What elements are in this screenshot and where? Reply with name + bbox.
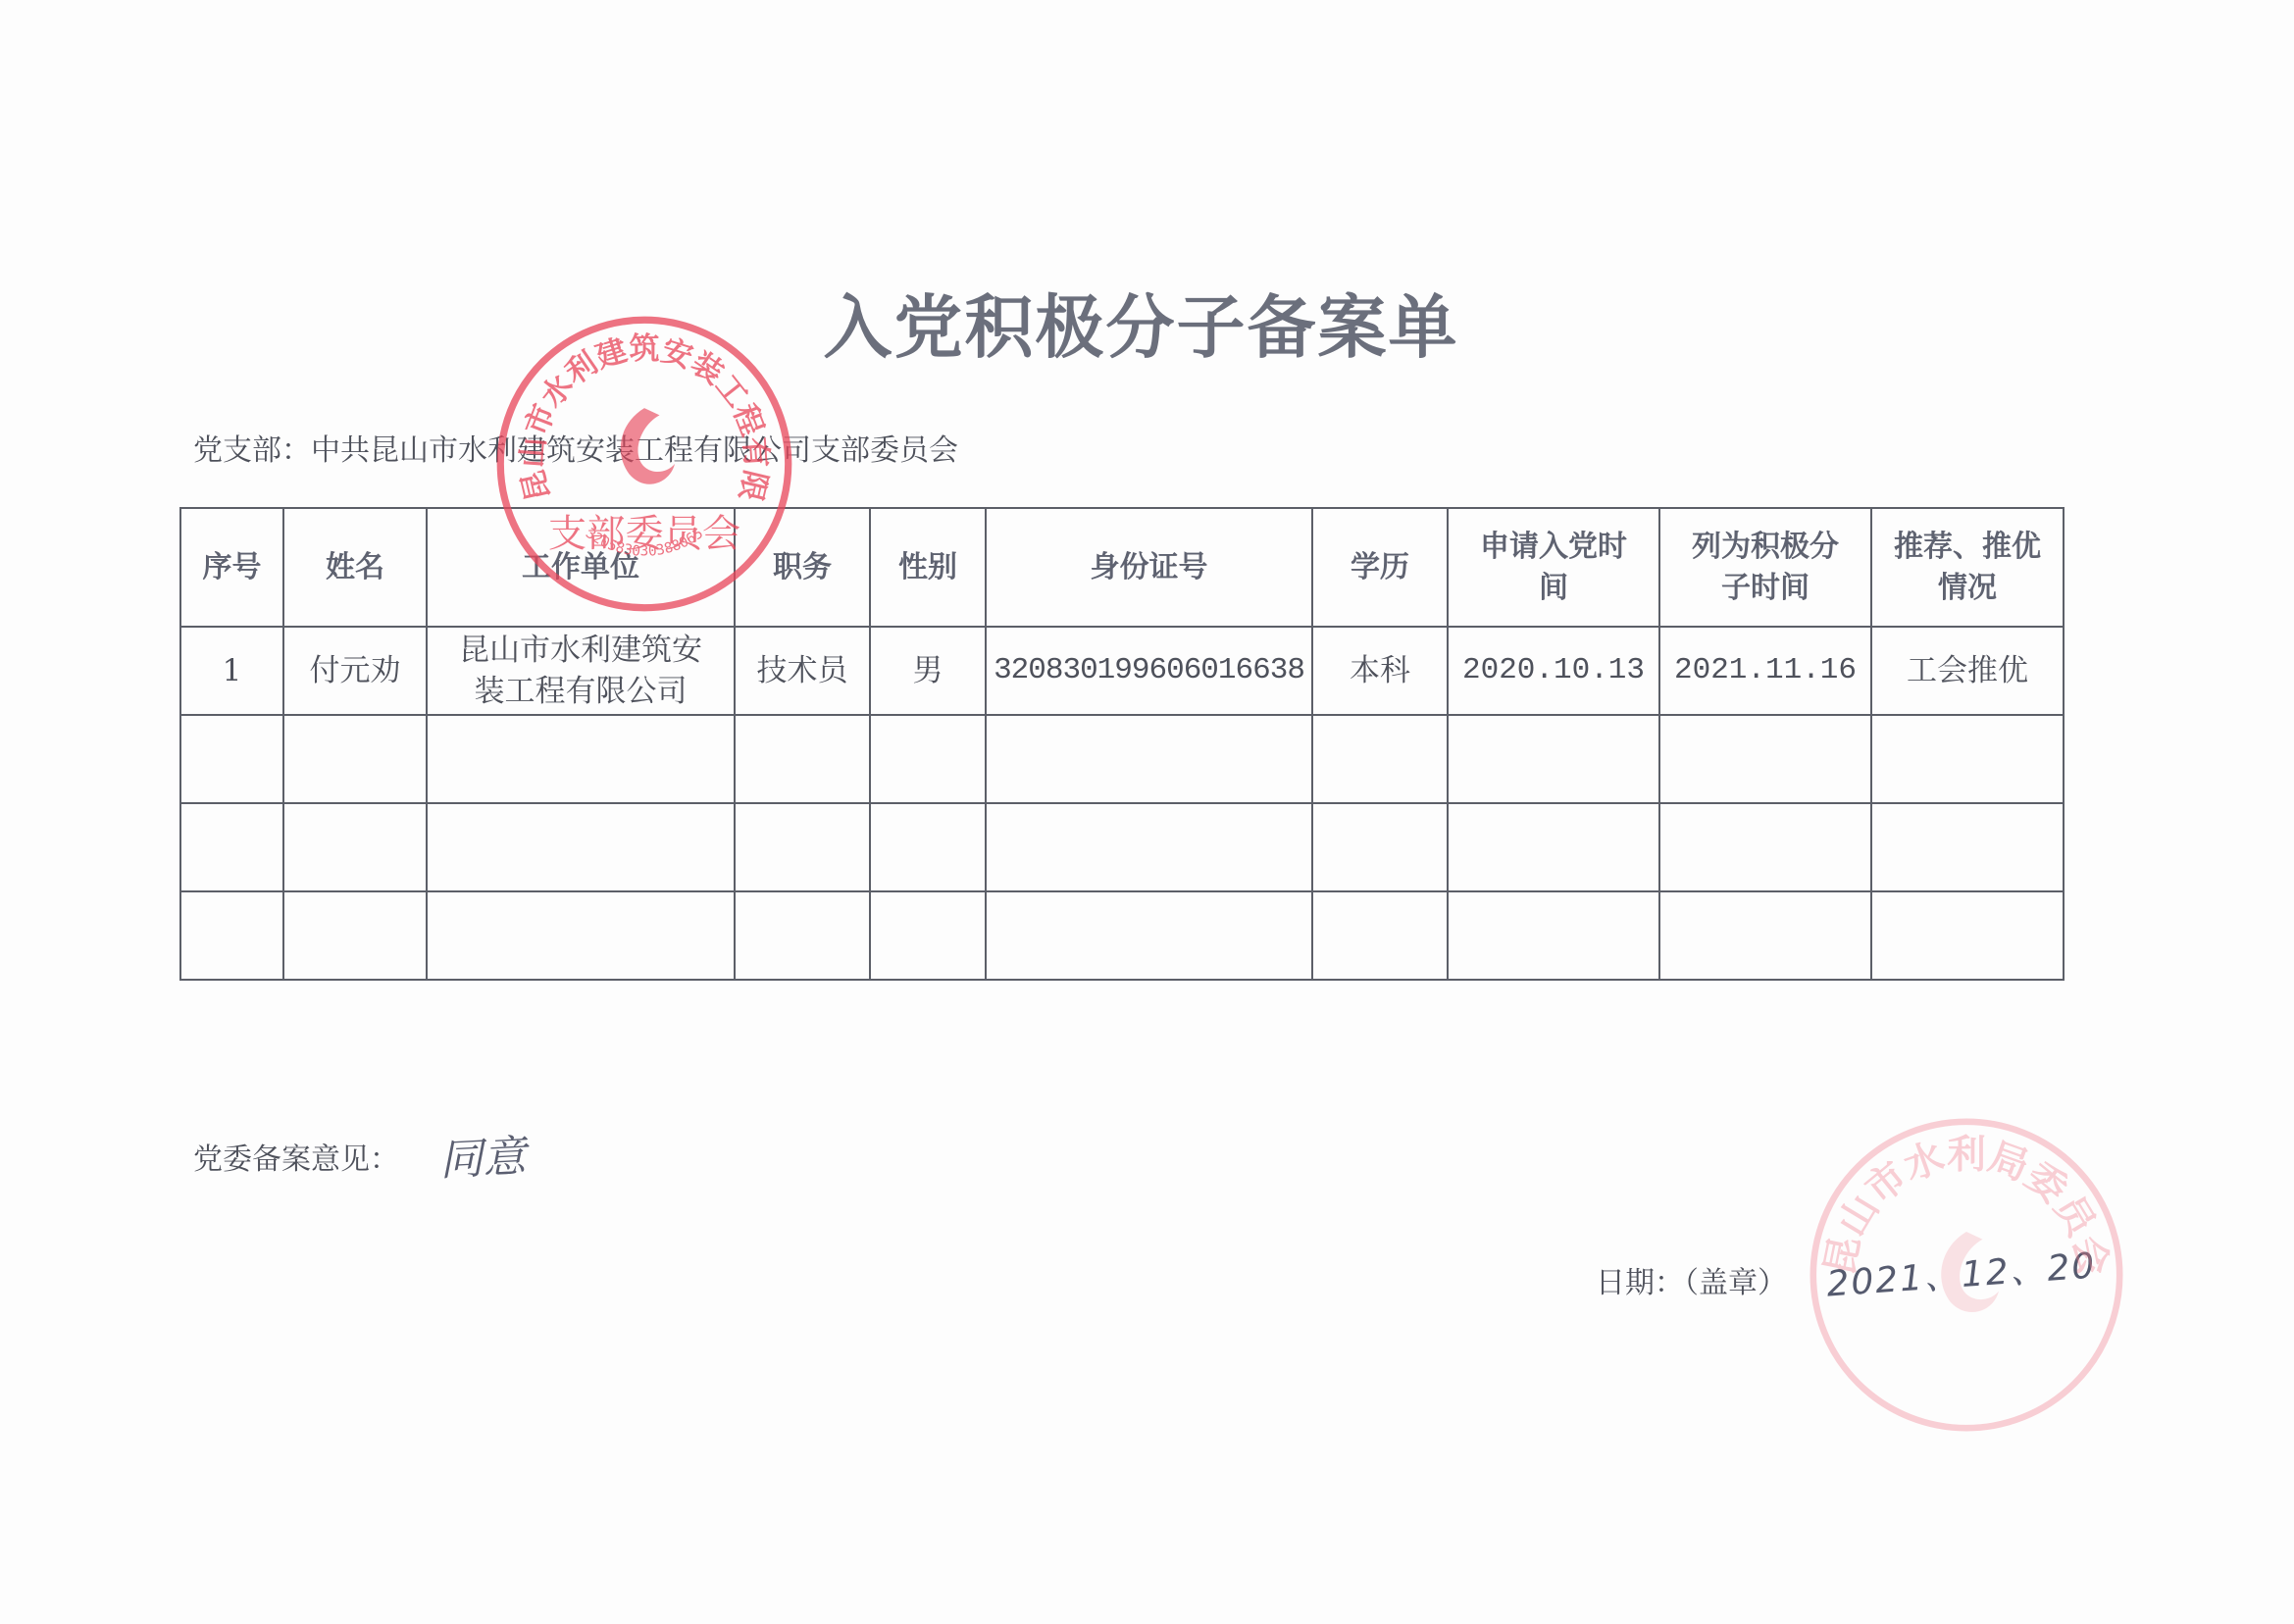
- document-title: 入党积极分子备案单: [0, 273, 2294, 372]
- cell-recommendation: [1871, 891, 2064, 980]
- cell-position: [735, 891, 870, 980]
- cell-index: [180, 715, 283, 803]
- cell-activist-date: [1659, 891, 1871, 980]
- header-work-unit: 工作单位: [427, 508, 735, 627]
- party-branch-line: 党支部：中共昆山市水利建筑安装工程有限公司支部委员会: [193, 426, 958, 469]
- cell-name: 付元劝: [283, 627, 427, 715]
- header-position: 职务: [735, 508, 870, 627]
- cell-gender: [870, 715, 986, 803]
- cell-index: [180, 803, 283, 891]
- party-branch-name: 中共昆山市水利建筑安装工程有限公司支部委员会: [311, 433, 958, 468]
- header-index: 序号: [180, 508, 283, 627]
- cell-work-unit: 昆山市水利建筑安装工程有限公司: [427, 627, 735, 715]
- committee-opinion-label: 党委备案意见：: [193, 1135, 399, 1178]
- cell-work-unit: [427, 803, 735, 891]
- party-branch-label: 党支部：: [193, 433, 311, 468]
- cell-recommendation: 工会推优: [1871, 627, 2064, 715]
- table-row: 1 付元劝 昆山市水利建筑安装工程有限公司 技术员 男 320830199606…: [180, 627, 2064, 715]
- cell-position: 技术员: [735, 627, 870, 715]
- header-activist-date: 列为积极分子时间: [1659, 508, 1871, 627]
- cell-activist-date: [1659, 803, 1871, 891]
- table-row: [180, 891, 2064, 980]
- cell-position: [735, 715, 870, 803]
- cell-name: [283, 715, 427, 803]
- cell-activist-date: [1659, 715, 1871, 803]
- document-title-text: 入党积极分子备案单: [824, 287, 1459, 368]
- cell-gender: 男: [870, 627, 986, 715]
- cell-name: [283, 891, 427, 980]
- activist-record-table: 序号 姓名 工作单位 职务 性别 身份证号 学历 申请入党时间 列为积极分子时间…: [179, 507, 2065, 981]
- cell-education: [1312, 803, 1448, 891]
- committee-opinion-handwritten: 同意: [437, 1121, 527, 1189]
- cell-application-date: [1448, 715, 1659, 803]
- date-stamp-label: 日期：（盖章）: [1596, 1258, 1787, 1301]
- cell-application-date: [1448, 803, 1659, 891]
- cell-application-date: [1448, 891, 1659, 980]
- header-recommendation: 推荐、推优情况: [1871, 508, 2064, 627]
- cell-position: [735, 803, 870, 891]
- table-row: [180, 715, 2064, 803]
- cell-gender: [870, 803, 986, 891]
- header-education: 学历: [1312, 508, 1448, 627]
- table-header-row: 序号 姓名 工作单位 职务 性别 身份证号 学历 申请入党时间 列为积极分子时间…: [180, 508, 2064, 627]
- cell-recommendation: [1871, 803, 2064, 891]
- cell-name: [283, 803, 427, 891]
- cell-index: 1: [180, 627, 283, 715]
- cell-gender: [870, 891, 986, 980]
- cell-education: 本科: [1312, 627, 1448, 715]
- cell-activist-date: 2021.11.16: [1659, 627, 1871, 715]
- cell-index: [180, 891, 283, 980]
- header-name: 姓名: [283, 508, 427, 627]
- cell-work-unit: [427, 891, 735, 980]
- cell-education: [1312, 891, 1448, 980]
- cell-id-number: [986, 715, 1312, 803]
- cell-work-unit: [427, 715, 735, 803]
- cell-recommendation: [1871, 715, 2064, 803]
- cell-application-date: 2020.10.13: [1448, 627, 1659, 715]
- cell-education: [1312, 715, 1448, 803]
- header-application-date: 申请入党时间: [1448, 508, 1659, 627]
- header-gender: 性别: [870, 508, 986, 627]
- table-row: [180, 803, 2064, 891]
- cell-id-number: 320830199606016638: [986, 627, 1312, 715]
- cell-id-number: [986, 891, 1312, 980]
- cell-id-number: [986, 803, 1312, 891]
- date-handwritten: 2021、12、20: [1825, 1238, 2098, 1306]
- header-id-number: 身份证号: [986, 508, 1312, 627]
